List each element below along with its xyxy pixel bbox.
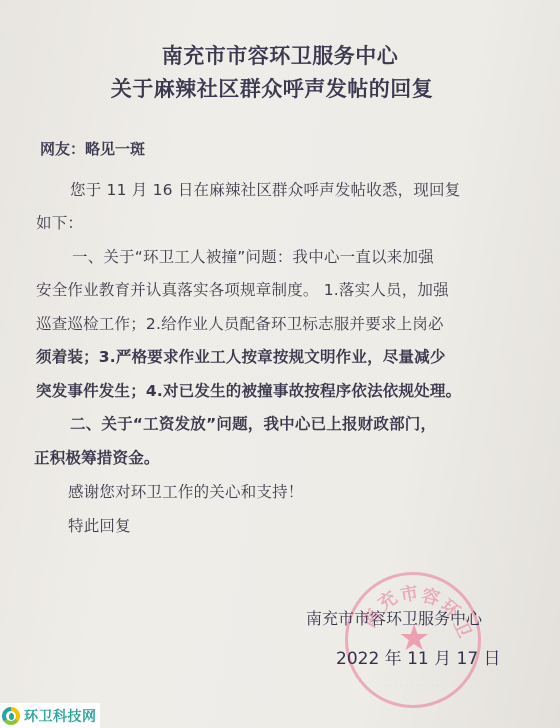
body-line: 特此回复 [68,514,131,536]
seal-char: 市 [398,579,420,608]
signature: 南充市市容环卫服务中心 [306,606,482,629]
recipient: 网友：略见一斑 [40,138,145,159]
body-line: 如下： [36,211,83,233]
watermark: 环卫科技网 [0,703,100,728]
body-line: 巡查巡检工作；2.给作业人员配备环卫标志服并要求上岗必 [36,312,444,334]
body-line: 突发事件发生；4.对已发生的被撞事故按程序依法依规处理。 [36,379,461,401]
body-line: 您于 11 月 16 日在麻辣社区群众呼声发帖收悉，现回复 [70,178,460,200]
body-line: 二、关于“工资发放”问题，我中心已上报财政部门， [70,412,436,434]
body-line: 正积极筹措资金。 [34,446,160,468]
signature-date: 2022 年 11 月 17 日 [336,644,501,669]
body-line: 感谢您对环卫工作的关心和支持！ [68,480,304,502]
document-title-line1: 南充市市容环卫服务中心 [0,40,560,70]
document-title-line2: 关于麻辣社区群众呼声发帖的回复 [0,73,552,103]
body-line: 须着装；3.严格要求作业工人按章按规文明作业，尽量减少 [36,345,446,367]
body-line: 一、关于“环卫工人被撞”问题：我中心一直以来加强 [72,245,434,267]
body-line: 安全作业教育并认真落实各项规章制度。 1.落实人员，加强 [36,278,449,300]
watermark-text: 环卫科技网 [24,706,97,726]
seal-code: · · · · · · · · · · · · [380,683,440,689]
official-seal: 南 充 市 容 环 卫 ★ · · · · · · · · · · · · [345,572,481,708]
site-logo-icon [2,707,20,725]
document-page: 南充市市容环卫服务中心 关于麻辣社区群众呼声发帖的回复 网友：略见一斑 您于 1… [0,0,560,728]
